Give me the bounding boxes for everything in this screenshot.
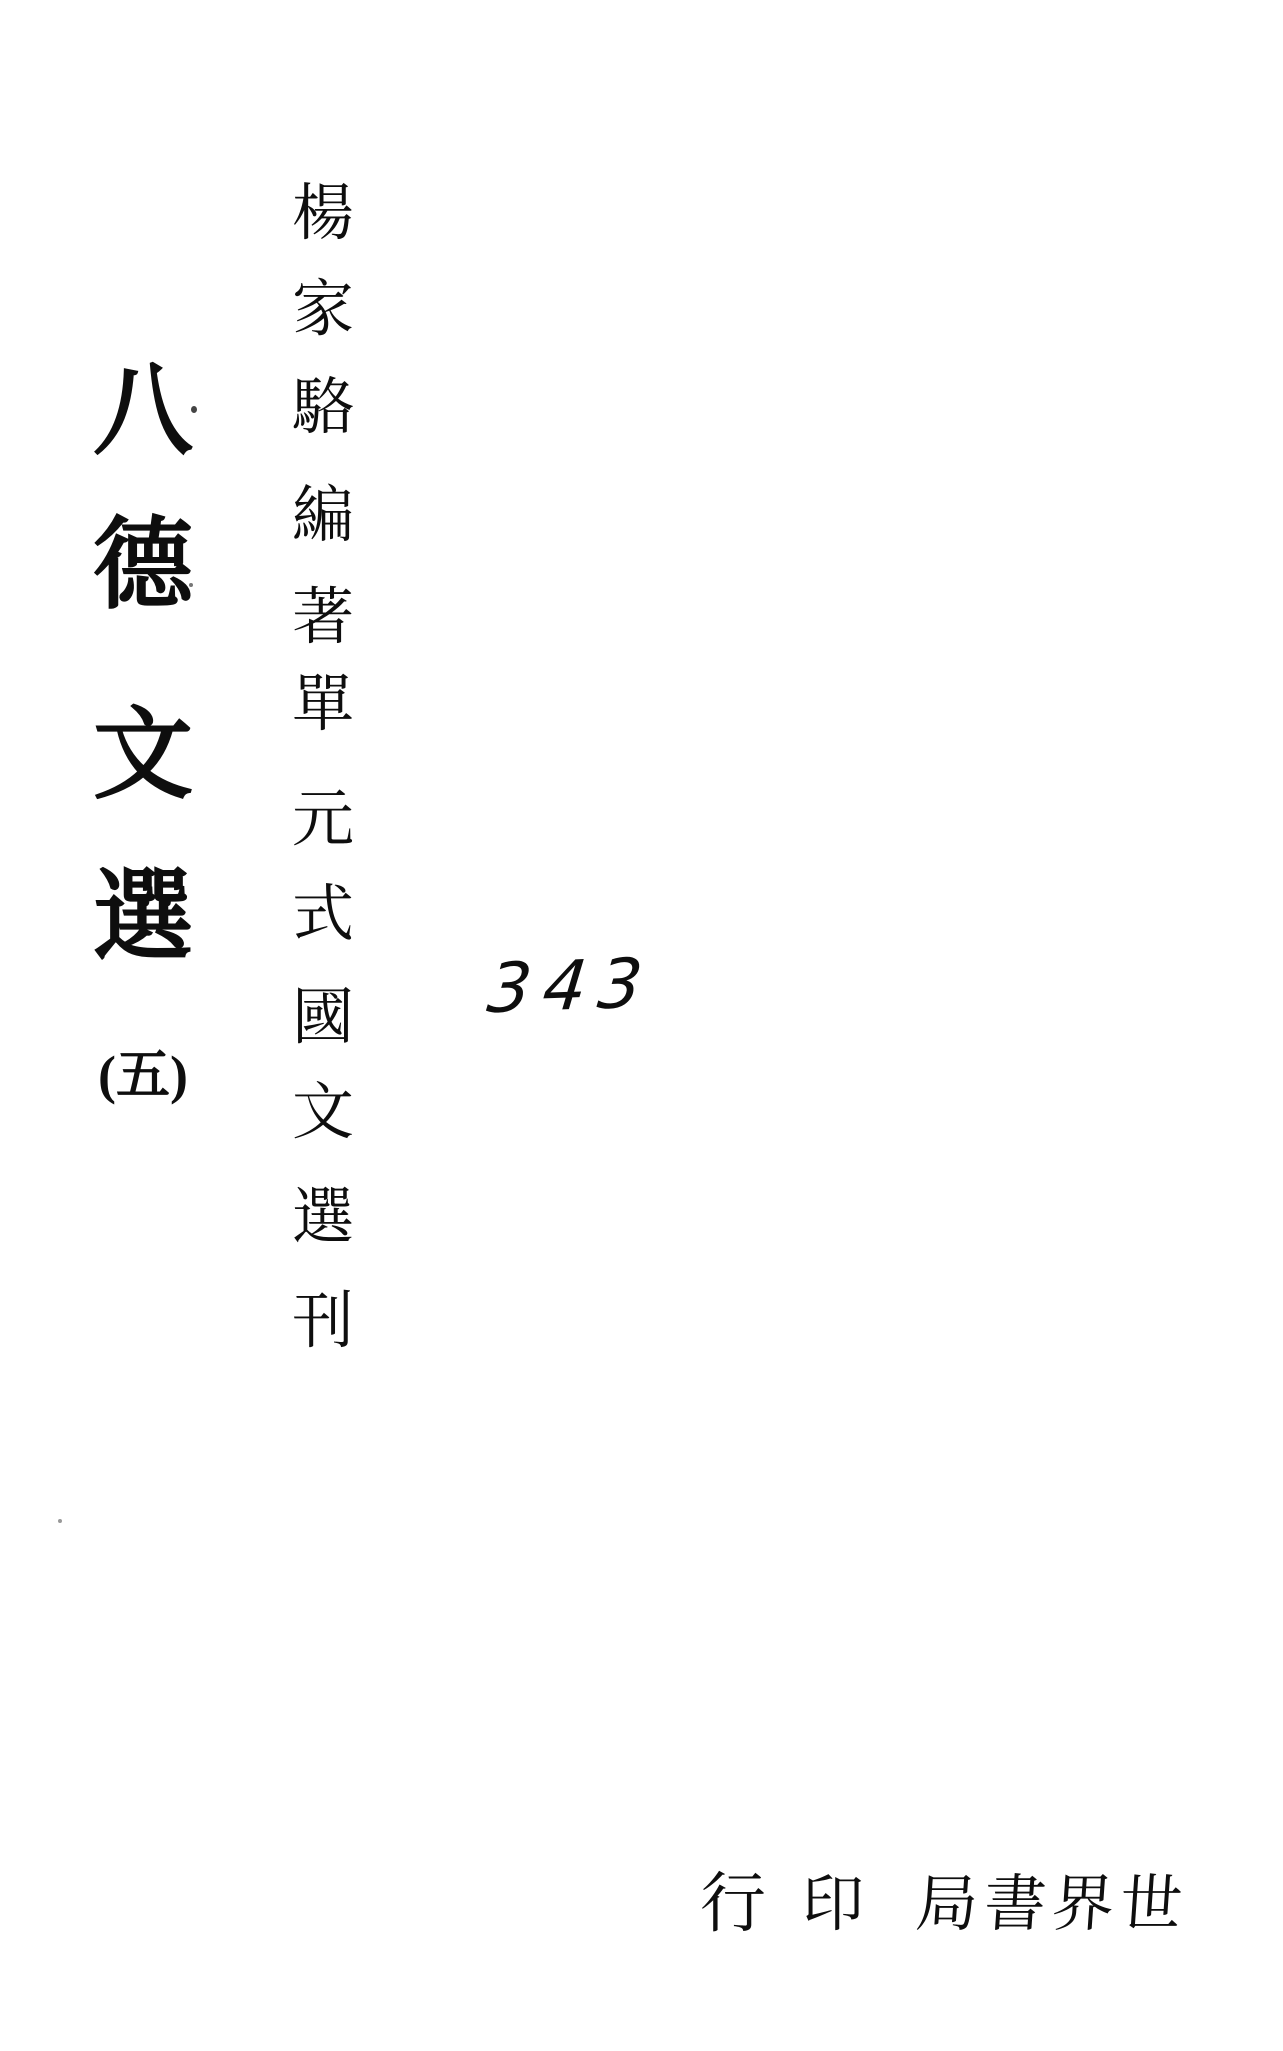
edition-char: 家 [290,279,356,341]
edition-char: 編 [290,485,356,547]
title-char: 德 [83,516,203,616]
title-char: 文 [83,706,203,806]
edition-char: 駱 [290,377,356,439]
edition-char: 國 [290,987,356,1049]
publisher-word: 印 [802,1874,864,1936]
title-volume-number: (五) [83,1032,203,1118]
edition-char: 著 [290,587,356,649]
edition-char: 楊 [290,183,356,245]
handwritten-catalog-number: 343 [484,950,657,1024]
edition-char: 文 [290,1082,356,1144]
publisher-word: 行 [700,1872,766,1938]
edition-char: 式 [290,884,356,946]
edition-char: 選 [290,1187,356,1249]
title-char: 八 [83,362,203,462]
scanned-title-page: 八 德 文 選 (五) 楊 家 駱 編 著 單 元 式 國 文 選 刊 343 … [0,0,1283,2051]
publisher-imprint-line: 行 印 局書界世 [700,1872,1188,1938]
edition-char: 元 [290,789,356,851]
publisher-name: 局書界世 [914,1874,1190,1936]
scan-speck [191,406,197,413]
edition-char: 單 [290,674,356,736]
edition-char: 刊 [290,1291,356,1353]
title-char: 選 [83,868,203,968]
scan-speck [189,583,193,587]
scan-speck [58,1519,62,1523]
